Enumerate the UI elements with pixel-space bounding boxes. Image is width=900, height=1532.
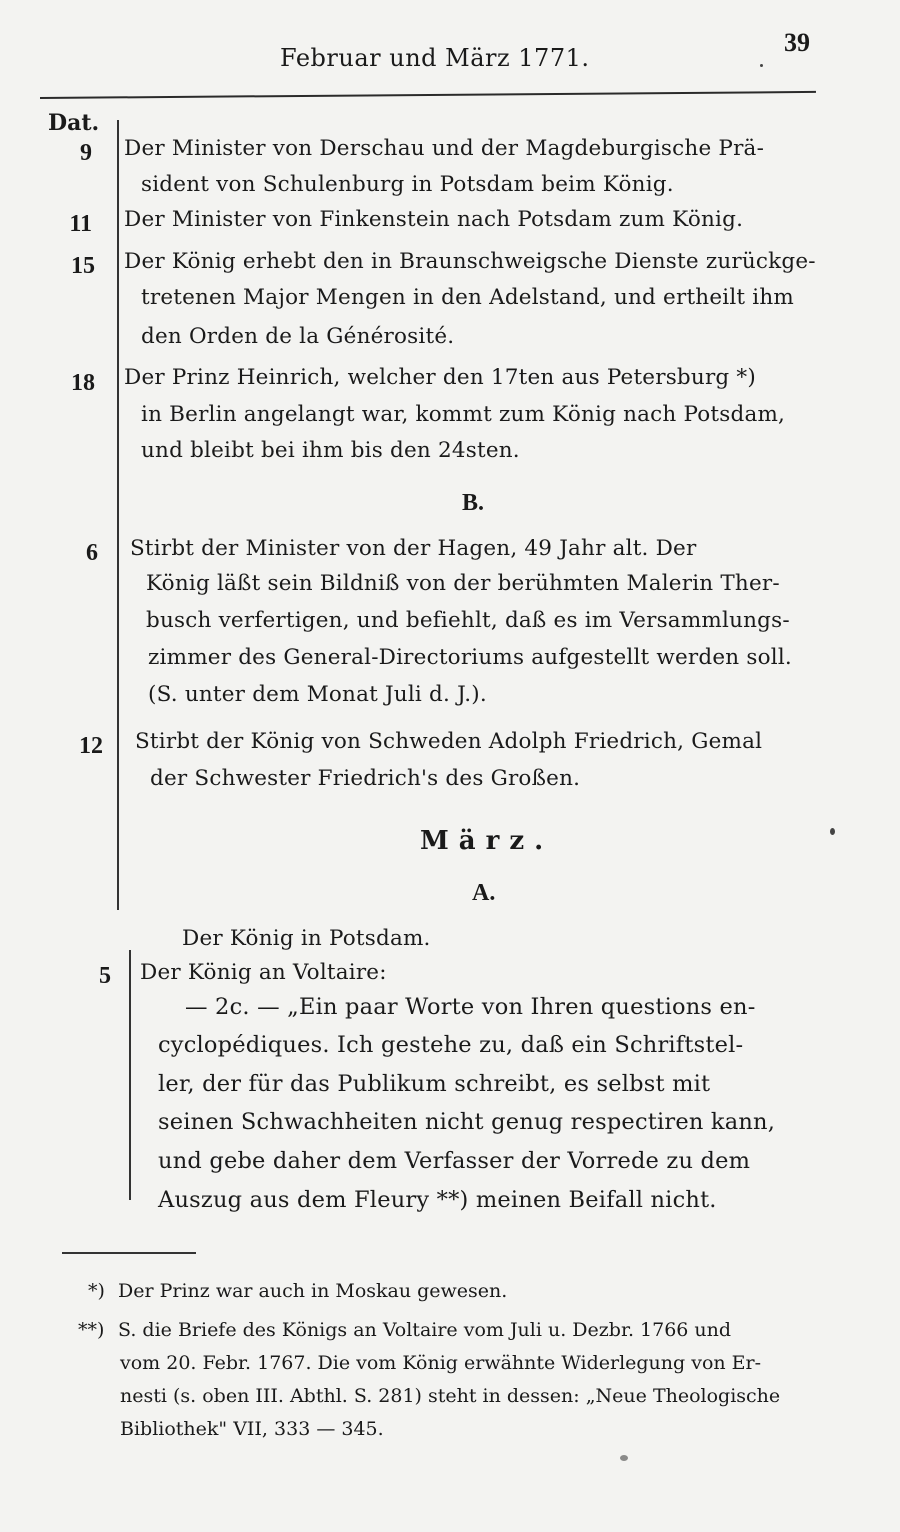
entry-line: und bleibt bei ihm bis den 24sten. bbox=[141, 440, 520, 462]
entry-line: in Berlin angelangt war, kommt zum König… bbox=[141, 404, 785, 426]
page-number: 39 bbox=[784, 28, 810, 58]
entry-line: tretenen Major Mengen in den Adelstand, … bbox=[141, 287, 794, 309]
entry-day: 11 bbox=[42, 211, 92, 238]
date-column-rule-lower bbox=[129, 950, 131, 1200]
footnote-mark: *) bbox=[88, 1280, 105, 1302]
section-heading-a: A. bbox=[472, 880, 495, 907]
header-rule bbox=[40, 91, 816, 99]
footnote-line: Bibliothek" VII, 333 — 345. bbox=[120, 1418, 384, 1440]
letter-line: Auszug aus dem Fleury **) meinen Beifall… bbox=[158, 1189, 717, 1212]
entry-line: Der Prinz Heinrich, welcher den 17ten au… bbox=[124, 367, 756, 389]
entry-line: der Schwester Friedrich's des Großen. bbox=[150, 768, 580, 790]
entry-line: zimmer des General-Directoriums aufgeste… bbox=[148, 647, 792, 669]
scan-speck bbox=[830, 828, 835, 835]
footnote-line: Der Prinz war auch in Moskau gewesen. bbox=[118, 1280, 507, 1302]
section-heading-b: B. bbox=[462, 490, 484, 517]
letter-line: und gebe daher dem Verfasser der Vorrede… bbox=[158, 1150, 750, 1173]
entry-line: busch verfertigen, und befiehlt, daß es … bbox=[146, 610, 790, 632]
letter-line: ler, der für das Publikum schreibt, es s… bbox=[158, 1073, 710, 1096]
entry-day: 18 bbox=[45, 370, 95, 397]
letter-line: — 2c. — „Ein paar Worte von Ihren questi… bbox=[185, 996, 756, 1019]
entry-line: Der Minister von Derschau und der Magdeb… bbox=[124, 138, 764, 160]
entry-line: sident von Schulenburg in Potsdam beim K… bbox=[141, 174, 674, 196]
footnote-line: vom 20. Febr. 1767. Die vom König erwähn… bbox=[120, 1352, 761, 1374]
date-column-rule-upper bbox=[117, 120, 119, 910]
month-heading-maerz: März. bbox=[420, 826, 553, 856]
date-column-label: Dat. bbox=[48, 110, 99, 136]
footnote-line: S. die Briefe des Königs an Voltaire vom… bbox=[118, 1319, 731, 1341]
entry-line: König läßt sein Bildniß von der berühmte… bbox=[146, 573, 780, 595]
footnote-mark: **) bbox=[78, 1319, 104, 1341]
entry-line: Der König in Potsdam. bbox=[182, 928, 431, 950]
footnote-rule bbox=[62, 1252, 196, 1254]
entry-day: 12 bbox=[53, 733, 103, 760]
entry-line: Der König an Voltaire: bbox=[140, 962, 387, 984]
letter-line: cyclopédiques. Ich gestehe zu, daß ein S… bbox=[158, 1034, 743, 1057]
entry-day: 6 bbox=[48, 540, 98, 567]
entry-line: den Orden de la Générosité. bbox=[141, 326, 454, 348]
letter-line: seinen Schwachheiten nicht genug respect… bbox=[158, 1111, 775, 1134]
entry-line: Stirbt der Minister von der Hagen, 49 Ja… bbox=[130, 538, 696, 560]
scan-speck bbox=[760, 64, 763, 67]
entry-day: 5 bbox=[61, 963, 111, 990]
entry-line: Der Minister von Finkenstein nach Potsda… bbox=[124, 209, 743, 231]
book-page: Februar und März 1771. 39 Dat. 9 Der Min… bbox=[0, 0, 900, 1532]
entry-day: 15 bbox=[45, 253, 95, 280]
entry-day: 9 bbox=[42, 140, 92, 167]
entry-line: (S. unter dem Monat Juli d. J.). bbox=[148, 684, 487, 706]
entry-line: Stirbt der König von Schweden Adolph Fri… bbox=[135, 731, 762, 753]
scan-speck bbox=[620, 1455, 628, 1461]
entry-line: Der König erhebt den in Braunschweigsche… bbox=[124, 251, 816, 273]
footnote-line: nesti (s. oben III. Abthl. S. 281) steht… bbox=[120, 1385, 780, 1407]
running-head: Februar und März 1771. bbox=[280, 44, 590, 72]
